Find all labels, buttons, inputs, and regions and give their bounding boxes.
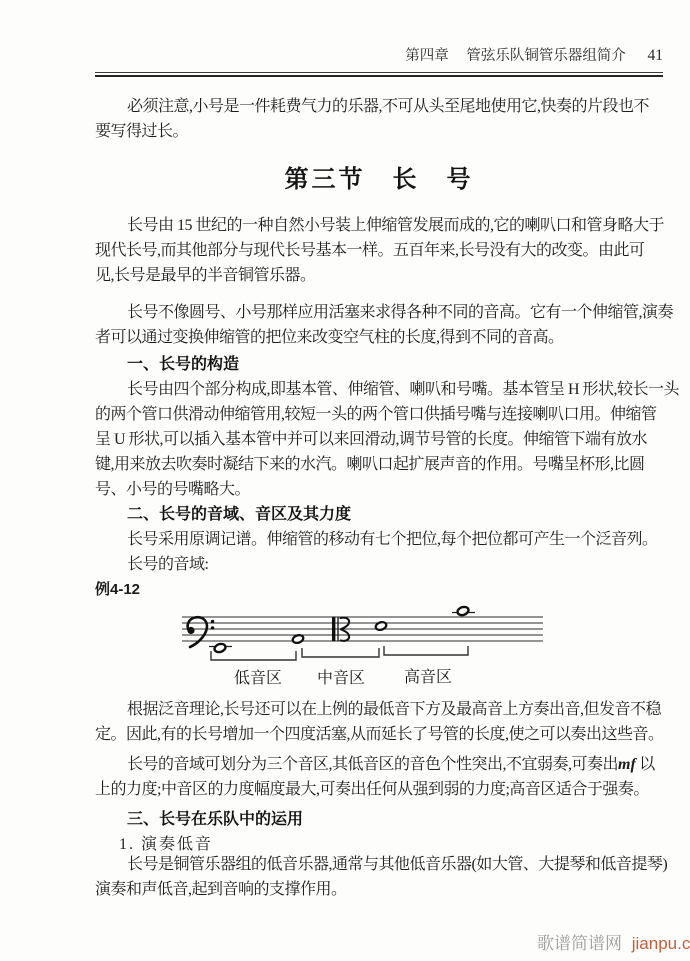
text-line: 长号由四个部分构成,即基本管、伸缩管、喇叭和号嘴。基本管呈 H 形状,较长一头 <box>95 377 663 402</box>
paragraph-bass-role: 长号是铜管乐器组的低音乐器,通常与其他低音乐器(如大管、大提琴和低音提琴) 演奏… <box>95 852 663 902</box>
example-number-label: 例4-12 <box>95 577 663 602</box>
text-line: 的两个管口供滑动伸缩管用,较短一头的两个管口供插号嘴与连接喇叭口用。伸缩管 <box>95 402 663 427</box>
text-line: 上的力度;中音区的力度幅度最大,可奏出任何从强到弱的力度;高音区适合于强奏。 <box>95 777 663 802</box>
paragraph-intro: 必须注意,小号是一件耗费气力的乐器,不可从头至尾地使用它,快奏的片段也不 要写得… <box>95 94 663 144</box>
chapter-title: 管弦乐队铜管乐器组简介 <box>466 48 626 64</box>
text-line: 号、小号的号嘴略大。 <box>95 477 663 502</box>
text-line: 现代长号,而其他部分与现代长号基本一样。五百年来,长号没有大的改变。由此可 <box>95 238 663 263</box>
register-label-middle: 中音区 <box>317 669 365 687</box>
register-label-low: 低音区 <box>234 669 282 687</box>
text-line: 者可以通过变换伸缩管的把位来改变空气柱的长度,得到不同的音高。 <box>95 325 663 350</box>
whole-note-mid-high <box>375 621 388 631</box>
staff-lines <box>182 617 543 641</box>
running-head: 第四章 管弦乐队铜管乐器组简介 41 <box>95 46 663 66</box>
text-line: 键,用来放去吹奏时凝结下来的水汽。喇叭口起扩展声音的作用。号嘴呈杯形,比圆 <box>95 452 663 477</box>
section-title: 第三节 长 号 <box>95 160 663 200</box>
bass-clef-icon <box>187 617 214 647</box>
text-line: 见,长号是最早的半音铜管乐器。 <box>95 263 663 288</box>
paragraph-structure: 长号由四个部分构成,即基本管、伸缩管、喇叭和号嘴。基本管呈 H 形状,较长一头 … <box>95 377 663 502</box>
page-number: 41 <box>648 47 664 64</box>
text-line: 长号不像圆号、小号那样应用活塞来求得各种不同的音高。它有一个伸缩管,演奏 <box>95 300 663 325</box>
header-rule-thin <box>95 72 663 73</box>
dynamics-line1-post: 以 <box>636 756 655 773</box>
text-line: 长号由 15 世纪的一种自然小号装上伸缩管发展而成的,它的喇叭口和管身略大于 <box>95 213 663 238</box>
text-line: 长号的音域可划分为三个音区,其低音区的音色个性突出,不宜弱奏,可奏出mf 以 <box>95 752 663 777</box>
dynamic-mark-mf: mf <box>618 756 636 773</box>
text-line: 定。因此,有的长号增加一个四度活塞,从而延长了号管的长度,使之可以奏出这些音。 <box>95 722 663 747</box>
whole-note-low <box>209 643 232 654</box>
header-rule-thick <box>95 75 663 77</box>
text-line: 演奏和声低音,起到音响的支撑作用。 <box>95 877 663 902</box>
heading-structure: 一、长号的构造 <box>95 352 663 377</box>
paragraph-slide-mechanism: 长号不像圆号、小号那样应用活塞来求得各种不同的音高。它有一个伸缩管,演奏 者可以… <box>95 300 663 350</box>
chapter-label: 第四章 <box>405 48 449 64</box>
heading-orchestra-use: 三、长号在乐队中的运用 <box>95 807 663 832</box>
range-label-line: 长号的音域: <box>95 552 663 577</box>
music-staff-example: 低音区 中音区 高音区 <box>95 602 663 697</box>
paragraph-dynamics: 长号的音域可划分为三个音区,其低音区的音色个性突出,不宜弱奏,可奏出mf 以 上… <box>95 752 663 802</box>
watermark: 歌谱简谱网 jianpu.cn <box>537 929 690 954</box>
text-line: 呈 U 形状,可以插入基本管中并可以来回滑动,调节号管的长度。伸缩管下端有放水 <box>95 427 663 452</box>
text-line: 长号是铜管乐器组的低音乐器,通常与其他低音乐器(如大管、大提琴和低音提琴) <box>95 852 663 877</box>
text-line: 必须注意,小号是一件耗费气力的乐器,不可从头至尾地使用它,快奏的片段也不 <box>95 94 663 119</box>
paragraph-overtone: 根据泛音理论,长号还可以在上例的最低音下方及最高音上方奏出音,但发音不稳 定。因… <box>95 697 663 747</box>
text-line: 要写得过长。 <box>95 119 663 144</box>
dynamics-line1-pre: 长号的音域可划分为三个音区,其低音区的音色个性突出,不宜弱奏,可奏出 <box>127 756 618 773</box>
header-rule <box>95 72 663 77</box>
register-label-high: 高音区 <box>404 667 452 686</box>
paragraph-range: 长号采用原调记谱。伸缩管的移动有七个把位,每个把位都可产生一个泛音列。 长号的音… <box>95 527 663 577</box>
text-line: 根据泛音理论,长号还可以在上例的最低音下方及最高音上方奏出音,但发音不稳 <box>95 697 663 722</box>
watermark-site-name: 歌谱简谱网 <box>537 934 622 953</box>
register-brackets <box>211 646 468 660</box>
text-line: 长号采用原调记谱。伸缩管的移动有七个把位,每个把位都可产生一个泛音列。 <box>95 527 663 552</box>
watermark-site-url: jianpu.cn <box>632 934 690 953</box>
paragraph-history: 长号由 15 世纪的一种自然小号装上伸缩管发展而成的,它的喇叭口和管身略大于 现… <box>95 213 663 288</box>
scanned-book-page: 第四章 管弦乐队铜管乐器组简介 41 必须注意,小号是一件耗费气力的乐器,不可从… <box>0 0 690 961</box>
text-column: 第四章 管弦乐队铜管乐器组简介 41 必须注意,小号是一件耗费气力的乐器,不可从… <box>95 46 663 902</box>
heading-range: 二、长号的音域、音区及其力度 <box>95 502 663 527</box>
whole-note-high <box>452 606 475 617</box>
